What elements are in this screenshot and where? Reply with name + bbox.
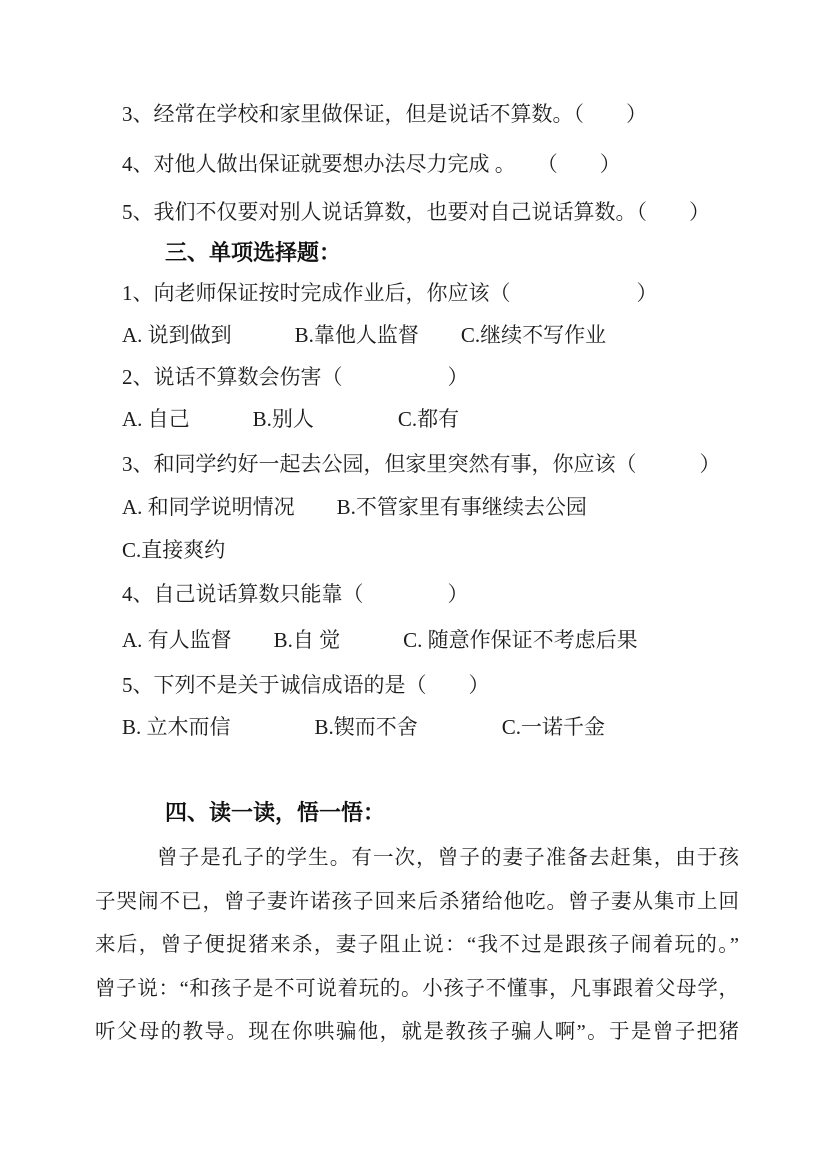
tf-statement-5: 5、我们不仅要对别人说话算数，也要对自己说话算数。（ ） <box>122 200 710 224</box>
passage-line: 听父母的教导。现在你哄骗他，就是教孩子骗人啊”。于是曾子把猪 <box>95 1020 739 1045</box>
section3-heading: 三、单项选择题： <box>165 240 341 265</box>
tf-statement-3: 3、经常在学校和家里做保证，但是说话不算数。（ ） <box>122 102 647 126</box>
mc-options-5: B. 立木而信 B.锲而不舍 C.一诺千金 <box>122 715 605 739</box>
passage-line: 来后，曾子便捉猪来杀，妻子阻止说：“我不过是跟孩子闹着玩的。” <box>95 933 739 958</box>
passage-line: 子哭闹不已，曾子妻许诺孩子回来后杀猪给他吃。曾子妻从集市上回 <box>95 890 739 915</box>
mc-question-5: 5、下列不是关于诚信成语的是（ ） <box>122 673 490 697</box>
passage-line: 曾子是孔子的学生。有一次，曾子的妻子准备去赶集，由于孩 <box>95 846 739 871</box>
mc-options-3: A. 和同学说明情况 B.不管家里有事继续去公园 <box>122 495 587 519</box>
worksheet-page: 3、经常在学校和家里做保证，但是说话不算数。（ ） 4、对他人做出保证就要想办法… <box>0 0 827 1169</box>
mc-options-4: A. 有人监督 B.自 觉 C. 随意作保证不考虑后果 <box>122 628 638 652</box>
tf-statement-4: 4、对他人做出保证就要想办法尽力完成 。 （ ） <box>122 152 621 176</box>
mc-question-4: 4、自己说话算数只能靠（ ） <box>122 582 469 606</box>
mc-question-1: 1、向老师保证按时完成作业后，你应该（ ） <box>122 281 658 305</box>
mc-question-2: 2、说话不算数会伤害（ ） <box>122 365 469 389</box>
passage-line: 曾子说：“和孩子是不可说着玩的。小孩子不懂事，凡事跟着父母学， <box>95 977 739 1002</box>
mc-options-2: A. 自己 B.别人 C.都有 <box>122 407 459 431</box>
mc-question-3: 3、和同学约好一起去公园，但家里突然有事，你应该（ ） <box>122 452 721 476</box>
section4-heading: 四、读一读，悟一悟： <box>165 800 385 825</box>
mc-options-3-cont: C.直接爽约 <box>122 538 225 562</box>
mc-options-1: A. 说到做到 B.靠他人监督 C.继续不写作业 <box>122 323 606 347</box>
